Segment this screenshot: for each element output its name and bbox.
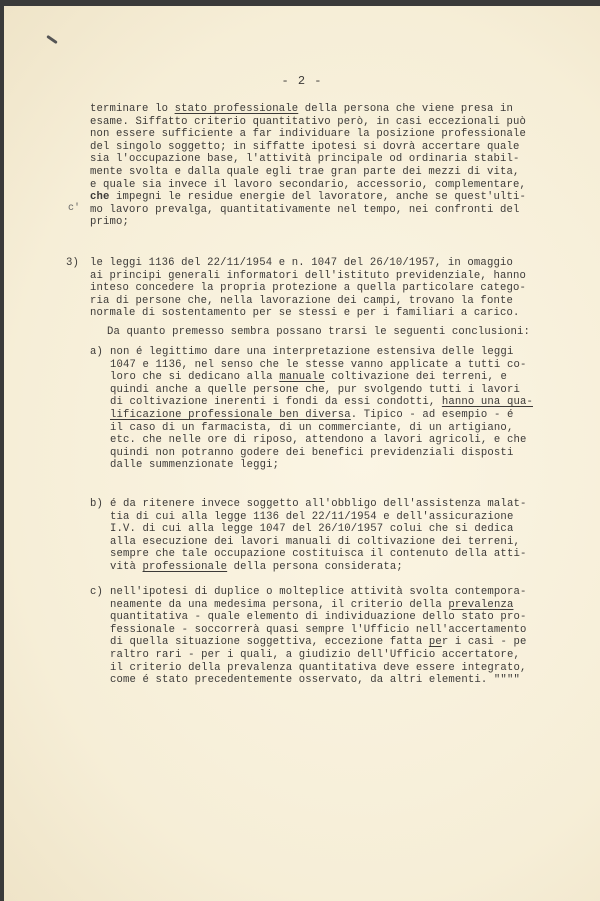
- text-line: alla esecuzione dei lavori manuali di co…: [110, 536, 520, 548]
- text-line: é da ritenere invece soggetto all'obblig…: [110, 498, 526, 510]
- text-line: I.V. di cui alla legge 1047 del 26/10/19…: [110, 523, 513, 535]
- text-line: esame. Siffatto criterio quantitativo pe…: [90, 116, 526, 128]
- text-line: del singolo soggetto; in siffatte ipotes…: [90, 141, 519, 153]
- text-line: vità professionale della persona conside…: [110, 561, 403, 573]
- text-line: di coltivazione inerenti i fondi da essi…: [110, 396, 533, 408]
- text-line: nell'ipotesi di duplice o molteplice att…: [110, 586, 526, 598]
- text-line: mente svolta e dalla quale egli trae gra…: [90, 166, 519, 178]
- text-line: quantitativa - quale elemento di individ…: [110, 611, 526, 623]
- text-line: e quale sia invece il lavoro secondario,…: [90, 179, 526, 191]
- text-line: il criterio della prevalenza quantitativ…: [110, 662, 526, 674]
- document-page: - 2 - c' terminare lo stato professional…: [4, 6, 600, 901]
- text-line: quindi non potranno godere dei benefici …: [110, 447, 513, 459]
- margin-annotation: c': [68, 203, 80, 214]
- text-line: sempre che tale occupazione costituisca …: [110, 548, 526, 560]
- text-line: come é stato precedentemente osservato, …: [110, 674, 520, 686]
- text-line: fessionale - soccorrerà quasi sempre l'U…: [110, 624, 526, 636]
- text-line: dalle summenzionate leggi;: [110, 459, 279, 471]
- item-label: a): [90, 346, 103, 358]
- page-number: - 2 -: [4, 74, 600, 88]
- text-line: ai principi generali informatori dell'is…: [90, 270, 526, 282]
- text-line: inteso concedere la propria protezione a…: [90, 282, 526, 294]
- text-line: non é legittimo dare una interpretazione…: [110, 346, 513, 358]
- text-line: che impegni le residue energie del lavor…: [90, 191, 526, 203]
- text-line: quindi anche a quelle persone che, pur s…: [110, 384, 520, 396]
- text-line: il caso di un farmacista, di un commerci…: [110, 422, 513, 434]
- text-line: raltro rari - per i quali, a giudizio de…: [110, 649, 520, 661]
- text-line: mo lavoro prevalga, quantitativamente ne…: [90, 204, 519, 216]
- text-line: non essere sufficiente a far individuare…: [90, 128, 526, 140]
- item-label: c): [90, 586, 103, 598]
- item-label: b): [90, 498, 103, 510]
- text-line: lificazione professionale ben diversa. T…: [110, 409, 513, 421]
- text-line: loro che si dedicano alla manuale coltiv…: [110, 371, 507, 383]
- text-line: primo;: [90, 216, 129, 228]
- text-line: Da quanto premesso sembra possano trarsi…: [107, 326, 530, 338]
- item-label: 3): [66, 257, 79, 269]
- text-line: etc. che nelle ore di riposo, attendono …: [110, 434, 526, 446]
- text-line: neamente da una medesima persona, il cri…: [110, 599, 513, 611]
- text-line: sia l'occupazione base, l'attività princ…: [90, 153, 519, 165]
- text-line: terminare lo stato professionale della p…: [90, 103, 513, 115]
- text-line: ria di persone che, nella lavorazione de…: [90, 295, 513, 307]
- paper-mark: [46, 35, 58, 44]
- text-line: normale di sostentamento per se stessi e…: [90, 307, 519, 319]
- text-line: 1047 e 1136, nel senso che le stesse van…: [110, 359, 526, 371]
- text-line: le leggi 1136 del 22/11/1954 e n. 1047 d…: [90, 257, 513, 269]
- text-line: tia di cui alla legge 1136 del 22/11/195…: [110, 511, 513, 523]
- text-line: di quella situazione soggettiva, eccezio…: [110, 636, 526, 648]
